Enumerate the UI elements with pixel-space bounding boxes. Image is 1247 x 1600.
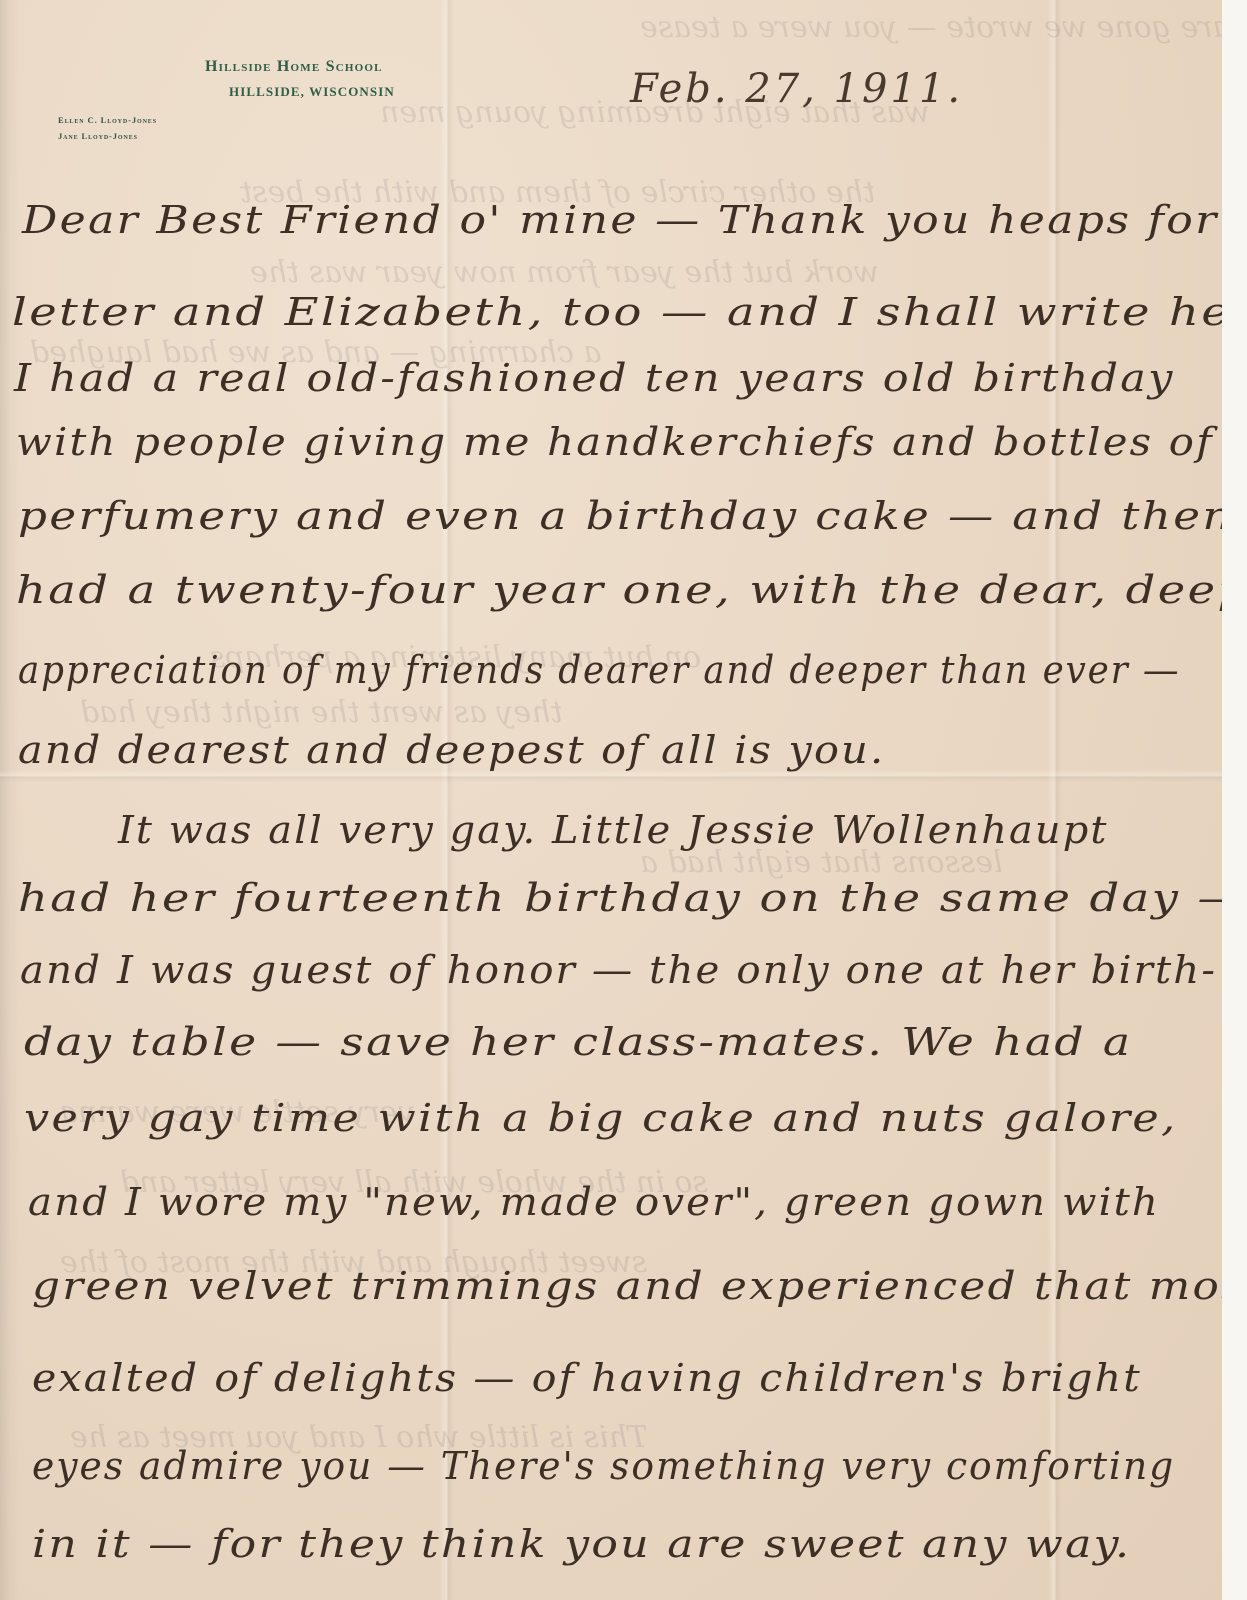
letter-line: had her fourteenth birthday on the same …	[18, 876, 1222, 920]
letter-line: perfumery and even a birthday cake — and…	[18, 494, 1222, 538]
letter-line: had a twenty-four year one, with the dea…	[16, 568, 1222, 612]
letter-line: in it — for they think you are sweet any…	[32, 1522, 1131, 1566]
letter-date: Feb. 27, 1911.	[630, 66, 963, 112]
letter-line: and I was guest of honor — the only one …	[20, 948, 1217, 992]
letter-line: green velvet trimmings and experienced t…	[32, 1264, 1222, 1308]
letter-line: letter and Elizabeth, too — and I shall …	[12, 290, 1222, 334]
letterhead-school-name: Hillside Home School	[205, 58, 383, 76]
scan-margin	[1222, 0, 1247, 1600]
letter-line: day table — save her class-mates. We had…	[24, 1020, 1132, 1064]
letterhead-location: HILLSIDE, WISCONSIN	[229, 84, 395, 100]
letter-page: they are gone we wrote — you were a teas…	[0, 0, 1222, 1600]
letter-line: eyes admire you — There's something very…	[32, 1444, 1175, 1488]
letter-line: Dear Best Friend o' mine — Thank you hea…	[22, 198, 1222, 242]
letterhead-principal: Ellen C. Lloyd-Jones	[58, 115, 157, 125]
letter-line: and dearest and deepest of all is you.	[18, 728, 885, 772]
letter-line: with people giving me handkerchiefs and …	[16, 420, 1214, 464]
letter-line: and I wore my "new, made over", green go…	[28, 1180, 1160, 1224]
letter-line: exalted of delights — of having children…	[32, 1356, 1142, 1400]
letter-line: very gay time with a big cake and nuts g…	[24, 1096, 1178, 1140]
letter-line: It was all very gay. Little Jessie Wolle…	[118, 808, 1108, 852]
letter-line: appreciation of my friends dearer and de…	[18, 648, 1180, 692]
letter-line: I had a real old-fashioned ten years old…	[14, 356, 1175, 400]
letterhead-principal: Jane Lloyd-Jones	[58, 131, 138, 141]
